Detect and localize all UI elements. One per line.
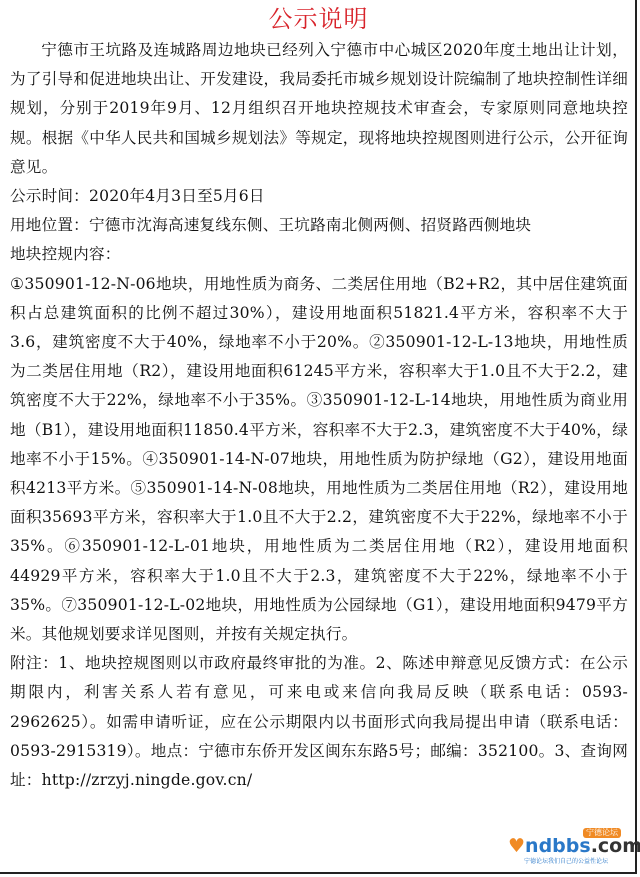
land-location: 用地位置：宁德市沈海高速复线东侧、王坑路南北侧两侧、招贤路西侧地块	[10, 211, 628, 240]
plot-content: ①350901-12-N-06地块，用地性质为商务、二类居住用地（B2+R2，其…	[10, 270, 628, 650]
watermark-logo: ♥ndbbs.com	[508, 836, 640, 856]
ndbbs-watermark: 宁德论坛 ♥ndbbs.com 宁德论坛我们自己的公益性论坛	[508, 828, 623, 864]
intro-paragraph: 宁德市王坑路及连城路周边地块已经列入宁德市中心城区2020年度土地出让计划，为了…	[10, 36, 628, 182]
notice-body: 宁德市王坑路及连城路周边地块已经列入宁德市中心城区2020年度土地出让计划，为了…	[10, 36, 628, 795]
publicity-period: 公示时间：2020年4月3日至5月6日	[10, 182, 628, 211]
content-heading: 地块控规内容：	[10, 240, 628, 269]
page-title: 公示说明	[0, 2, 637, 36]
note-paragraph: 附注：1、地块控规图则以市政府最终审批的为准。2、陈述申辩意见反馈方式：在公示期…	[10, 649, 628, 795]
notice-page: 公示说明 宁德市王坑路及连城路周边地块已经列入宁德市中心城区2020年度土地出让…	[0, 0, 637, 874]
heart-icon: ♥	[508, 835, 525, 857]
watermark-subtitle: 宁德论坛我们自己的公益性论坛	[524, 856, 608, 865]
